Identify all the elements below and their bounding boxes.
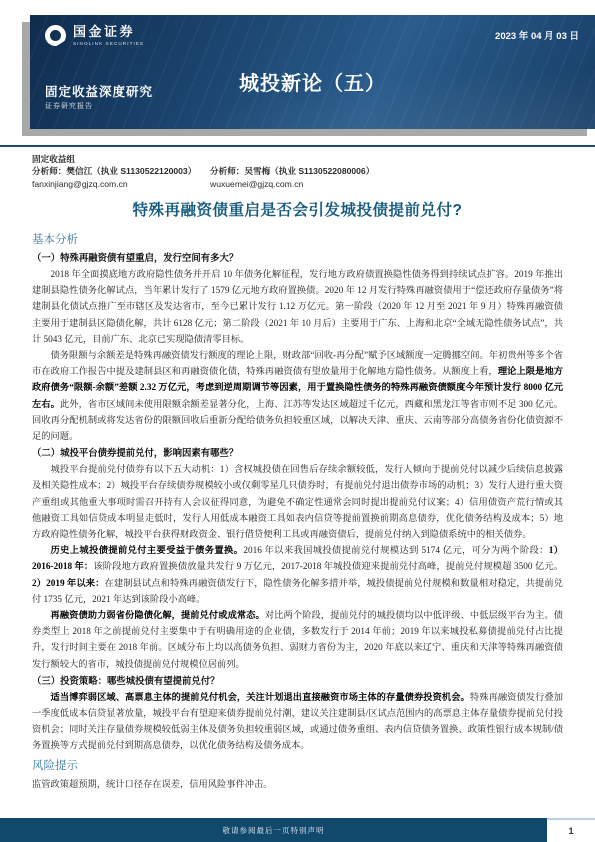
report-date: 2023 年 04 月 03 日 [495, 28, 579, 42]
analysts-block: 固定收益组 分析师：樊信江（执业 S1130522120003） fanxinj… [32, 153, 562, 191]
body-paragraph: 监管政策超预期，统计口径存在误差，信用风险事件冲击。 [32, 777, 563, 793]
section-heading: 风险提示 [32, 759, 563, 773]
footer-disclaimer-bar: 敬请参阅最后一页特别声明 [0, 818, 547, 842]
section-heading: 基本分析 [32, 233, 563, 247]
header-band: 国金证券 SINOLINK SECURITIES 2023 年 04 月 03 … [30, 15, 595, 129]
body-paragraph: 债务限额与余额差是特殊再融资债发行额度的理论上限，财政部“回收-再分配”赋予区域… [32, 348, 563, 445]
sub-heading: （一）特殊再融资债有望重启，发行空间有多大？ [32, 251, 563, 267]
analyst-2: 分析师：吴雪梅（执业 S1130522080006） wuxuemei@gjzq… [210, 165, 388, 191]
analyst-2-title: 分析师：吴雪梅（执业 S1130522080006） [210, 165, 388, 178]
brand-subtitle: SINOLINK SECURITIES [73, 41, 144, 46]
brand-logo: 国金证券 SINOLINK SECURITIES [45, 25, 144, 46]
header-divider [0, 145, 595, 147]
body-paragraph: 再融资债助力弱省份隐债化解，提前兑付或成常态。对比两个阶段，提前兑付的城投债均以… [32, 608, 563, 673]
body-paragraph: 适当博弈弱区域、高票息主体的提前兑付机会，关注计划退出直接融资市场主体的存量债券… [32, 690, 563, 755]
brand-name: 国金证券 [73, 25, 144, 39]
report-tag-label: 证券研究报告 [45, 101, 93, 111]
sub-heading: （三）投资策略：哪些城投债有望提前兑付？ [32, 674, 563, 690]
body-paragraph: 城投平台提前兑付债券有以下五大动机：1）含权城投债在回售后存续余额较低，发行人倾… [32, 462, 563, 543]
page-footer: 敬请参阅最后一页特别声明 1 [0, 818, 595, 842]
analyst-1: 分析师：樊信江（执业 S1130522120003） fanxinjiang@g… [32, 165, 210, 191]
sub-heading: （二）城投平台债券提前兑付，影响因素有哪些？ [32, 446, 563, 462]
sinolink-logo-icon [45, 25, 66, 46]
analysts-group-label: 固定收益组 [32, 153, 562, 165]
page-number: 1 [568, 826, 573, 836]
report-body: 基本分析（一）特殊再融资债有望重启，发行空间有多大？2018 年全面摸底地方政府… [32, 229, 563, 793]
analyst-1-title: 分析师：樊信江（执业 S1130522120003） [32, 165, 210, 178]
body-paragraph: 历史上城投债提前兑付主要受益于债务置换。2016 年以来我国城投债提前兑付规模达… [32, 543, 563, 608]
analyst-2-email: wuxuemei@gjzq.com.cn [210, 178, 388, 191]
analyst-1-email: fanxinjiang@gjzq.com.cn [32, 178, 210, 191]
report-page: 国金证券 SINOLINK SECURITIES 2023 年 04 月 03 … [0, 0, 595, 842]
footer-disclaimer: 敬请参阅最后一页特别声明 [223, 825, 325, 836]
report-series-label: 固定收益深度研究 [45, 82, 153, 100]
body-paragraph: 2018 年全面摸底地方政府隐性债务并开启 10 年债务化解征程，发行地方政府债… [32, 267, 563, 348]
report-title: 特殊再融资债重启是否会引发城投债提前兑付? [0, 198, 595, 220]
footer-page-area: 1 [547, 818, 595, 842]
